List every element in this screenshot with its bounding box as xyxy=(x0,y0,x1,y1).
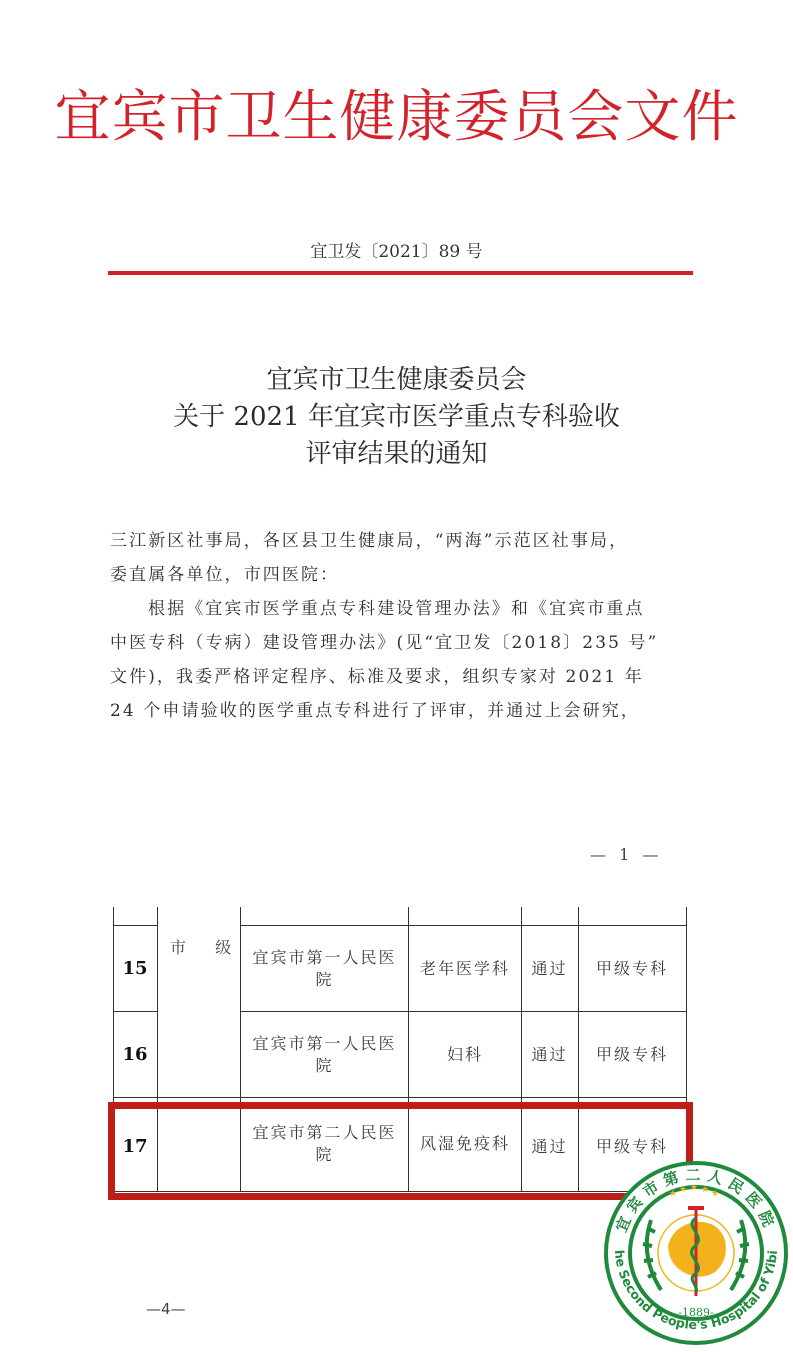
level-label: 市 级 xyxy=(170,935,233,958)
grade-cell: 甲级专科 xyxy=(578,926,686,1011)
grade-cell: 甲级专科 xyxy=(578,1012,686,1097)
hospital-cell: 宜宾市第一人民医院 xyxy=(252,926,397,1011)
table-border xyxy=(113,1097,687,1098)
specialty-cell: 妇科 xyxy=(420,1012,510,1097)
row-number: 15 xyxy=(113,926,157,1011)
body-line: 文件)，我委严格评定程序、标准及要求，组织专家对 2021 年 xyxy=(110,660,692,694)
body-line: 中医专科（专病）建设管理办法》(见“宜卫发〔2018〕235 号” xyxy=(110,626,692,660)
notice-body: 三江新区社事局，各区县卫生健康局，“两海”示范区社事局， 委直属各单位，市四医院… xyxy=(110,524,692,728)
svg-text:★: ★ xyxy=(669,1189,677,1199)
row-number: 16 xyxy=(113,1012,157,1097)
hospital-seal-logo: 宜宾市第二人民医院 The Second People's Hospital o… xyxy=(603,1160,789,1346)
notice-title: 宜宾市卫生健康委员会 关于 2021 年宜宾市医学重点专科验收 评审结果的通知 xyxy=(0,362,793,473)
body-line: 24 个申请验收的医学重点专科进行了评审，并通过上会研究， xyxy=(110,694,692,728)
notice-title-line: 评审结果的通知 xyxy=(0,436,793,473)
recipients-line: 三江新区社事局，各区县卫生健康局，“两海”示范区社事局， xyxy=(110,524,692,558)
document-number: 宜卫发〔2021〕89 号 xyxy=(0,240,793,264)
svg-text:★: ★ xyxy=(711,1189,719,1199)
svg-text:★: ★ xyxy=(690,1183,698,1193)
specialty-cell: 老年医学科 xyxy=(420,926,510,1011)
result-cell: 通过 xyxy=(521,926,578,1011)
agency-document-header: 宜宾市卫生健康委员会文件 xyxy=(0,78,793,158)
svg-text:-1889-: -1889- xyxy=(678,1306,714,1319)
hospital-emblem-icon: 宜宾市第二人民医院 The Second People's Hospital o… xyxy=(603,1160,789,1346)
notice-title-line: 关于 2021 年宜宾市医学重点专科验收 xyxy=(0,399,793,436)
recipients-line: 委直属各单位，市四医院： xyxy=(110,558,692,592)
notice-title-line: 宜宾市卫生健康委员会 xyxy=(0,362,793,399)
hospital-cell: 宜宾市第一人民医院 xyxy=(252,1012,397,1097)
svg-text:★: ★ xyxy=(679,1185,687,1195)
page-number: — 1 — xyxy=(590,845,662,864)
body-line: 根据《宜宾市医学重点专科建设管理办法》和《宜宾市重点 xyxy=(110,592,692,626)
header-divider xyxy=(108,271,693,275)
page-number: —4— xyxy=(146,1300,186,1318)
result-cell: 通过 xyxy=(521,1012,578,1097)
svg-text:★: ★ xyxy=(701,1185,709,1195)
